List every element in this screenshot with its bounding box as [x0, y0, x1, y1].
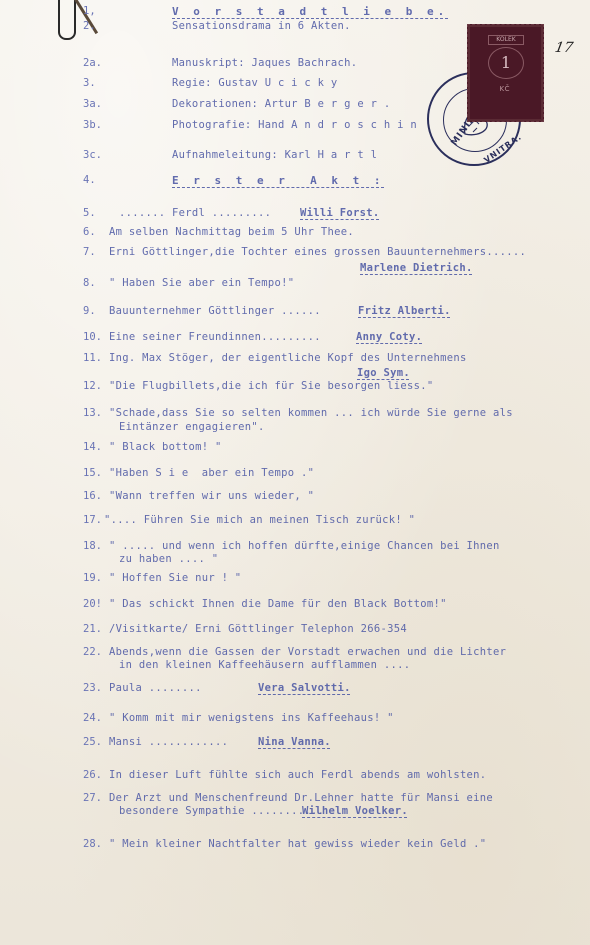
entry-text: Am selben Nachmittag beim 5 Uhr Thee. [109, 226, 354, 238]
entry-text-continued: besondere Sympathie ........... [119, 805, 324, 817]
entry-number: 18. [83, 540, 102, 552]
entry-number: 27. [83, 792, 102, 804]
entry-text: Aufnahmeleitung: Karl H a r t l [172, 149, 377, 161]
entry-text: " ..... und wenn ich hoffen dürfte,einig… [109, 540, 500, 552]
entry-text: "Die Flugbillets,die ich für Sie besorge… [109, 380, 433, 392]
entry-text-continued: Eintänzer engagieren". [119, 421, 265, 433]
entry-number: 2a. [83, 57, 102, 69]
entry-text: Bauunternehmer Göttlinger ...... [109, 305, 321, 317]
entry-text: "Haben S i e aber ein Tempo ." [109, 467, 314, 479]
entry-number: 22. [83, 646, 102, 658]
revenue-stamp: KOLEK 1 KČ [467, 24, 544, 122]
entry-number: 21. [83, 623, 102, 635]
entry-number: 13. [83, 407, 102, 419]
entry-text: " Mein kleiner Nachtfalter hat gewiss wi… [109, 838, 486, 850]
actor-name: Anny Coty. [356, 331, 422, 343]
entry-number: 7. [83, 246, 96, 258]
actor-name: Marlene Dietrich. [360, 262, 473, 274]
entry-text: " Komm mit mir wenigstens ins Kaffeehaus… [109, 712, 394, 724]
entry-text: " Haben Sie aber ein Tempo!" [109, 277, 294, 289]
entry-text: Paula ........ [109, 682, 202, 694]
entry-text-continued: zu haben .... " [119, 553, 218, 565]
entry-number: 2. [83, 20, 96, 32]
entry-text: Dekorationen: Artur B e r g e r . [172, 98, 391, 110]
entry-number: 14. [83, 441, 102, 453]
entry-text-continued: in den kleinen Kaffeehäusern aufflammen … [119, 659, 410, 671]
entry-number: 25. [83, 736, 102, 748]
entry-number: 10. [83, 331, 102, 343]
paper-clip-icon [58, 0, 76, 40]
entry-text: Ing. Max Stöger, der eigentliche Kopf de… [109, 352, 467, 364]
entry-number: 9. [83, 305, 96, 317]
entry-number: 6. [83, 226, 96, 238]
entry-text: ".... Führen Sie mich an meinen Tisch zu… [104, 514, 415, 526]
actor-name: Wilhelm Voelker. [302, 805, 408, 817]
seal-text-bottom: VNITRA. [482, 132, 523, 165]
entry-number: 3b. [83, 119, 102, 131]
actor-name: Fritz Alberti. [358, 305, 451, 317]
entry-text: Mansi ............ [109, 736, 228, 748]
entry-number: 8. [83, 277, 96, 289]
entry-number: 1, [83, 5, 96, 17]
actor-name: Willi Forst. [300, 207, 379, 219]
entry-number: 17. [83, 514, 102, 526]
entry-number: 4. [83, 174, 96, 186]
entry-number: 5. [83, 207, 96, 219]
entry-text: E r s t e r A k t : [172, 174, 384, 187]
entry-number: 12. [83, 380, 102, 392]
entry-text: Manuskript: Jaques Bachrach. [172, 57, 357, 69]
stamp-currency: KČ [476, 85, 534, 93]
entry-text: Abends,wenn die Gassen der Vorstadt erwa… [109, 646, 506, 658]
entry-text: Erni Göttlinger,die Tochter eines grosse… [109, 246, 526, 258]
entry-number: 3c. [83, 149, 102, 161]
entry-text: Der Arzt und Menschenfreund Dr.Lehner ha… [109, 792, 493, 804]
actor-name: Igo Sym. [357, 367, 410, 379]
entry-number: 3. [83, 77, 96, 89]
entry-number: 28. [83, 838, 102, 850]
entry-text: "Schade,dass Sie so selten kommen ... ic… [109, 407, 513, 419]
actor-name: Nina Vanna. [258, 736, 331, 748]
entry-text: " Black bottom! " [109, 441, 222, 453]
entry-text: /Visitkarte/ Erni Göttlinger Telephon 26… [109, 623, 407, 635]
entry-text: V o r s t a d t l i e b e. [172, 5, 448, 18]
entry-number: 3a. [83, 98, 102, 110]
entry-number: 15. [83, 467, 102, 479]
entry-number: 16. [83, 490, 102, 502]
entry-number: 26. [83, 769, 102, 781]
entry-number: 11. [83, 352, 102, 364]
entry-text: Photografie: Hand A n d r o s c h i n [172, 119, 417, 131]
entry-text: Regie: Gustav U c i c k y [172, 77, 338, 89]
entry-text: Eine seiner Freundinnen......... [109, 331, 321, 343]
entry-text: ....... Ferdl ......... [119, 207, 271, 219]
entry-text: "Wann treffen wir uns wieder, " [109, 490, 314, 502]
document-page: 17 MINISTERSTVO VNITRA. KOLEK 1 KČ 1,V o… [0, 0, 590, 945]
entry-text: " Das schickt Ihnen die Dame für den Bla… [109, 598, 447, 610]
stamp-value: 1 [488, 47, 524, 79]
stamp-label: KOLEK [488, 35, 524, 45]
entry-text: Sensationsdrama in 6 Akten. [172, 20, 351, 32]
handwritten-page-number: 17 [554, 40, 575, 56]
entry-number: 19. [83, 572, 102, 584]
entry-number: 24. [83, 712, 102, 724]
entry-number: 23. [83, 682, 102, 694]
actor-name: Vera Salvotti. [258, 682, 351, 694]
entry-number: 20! [83, 598, 102, 610]
entry-text: In dieser Luft fühlte sich auch Ferdl ab… [109, 769, 486, 781]
entry-text: " Hoffen Sie nur ! " [109, 572, 241, 584]
